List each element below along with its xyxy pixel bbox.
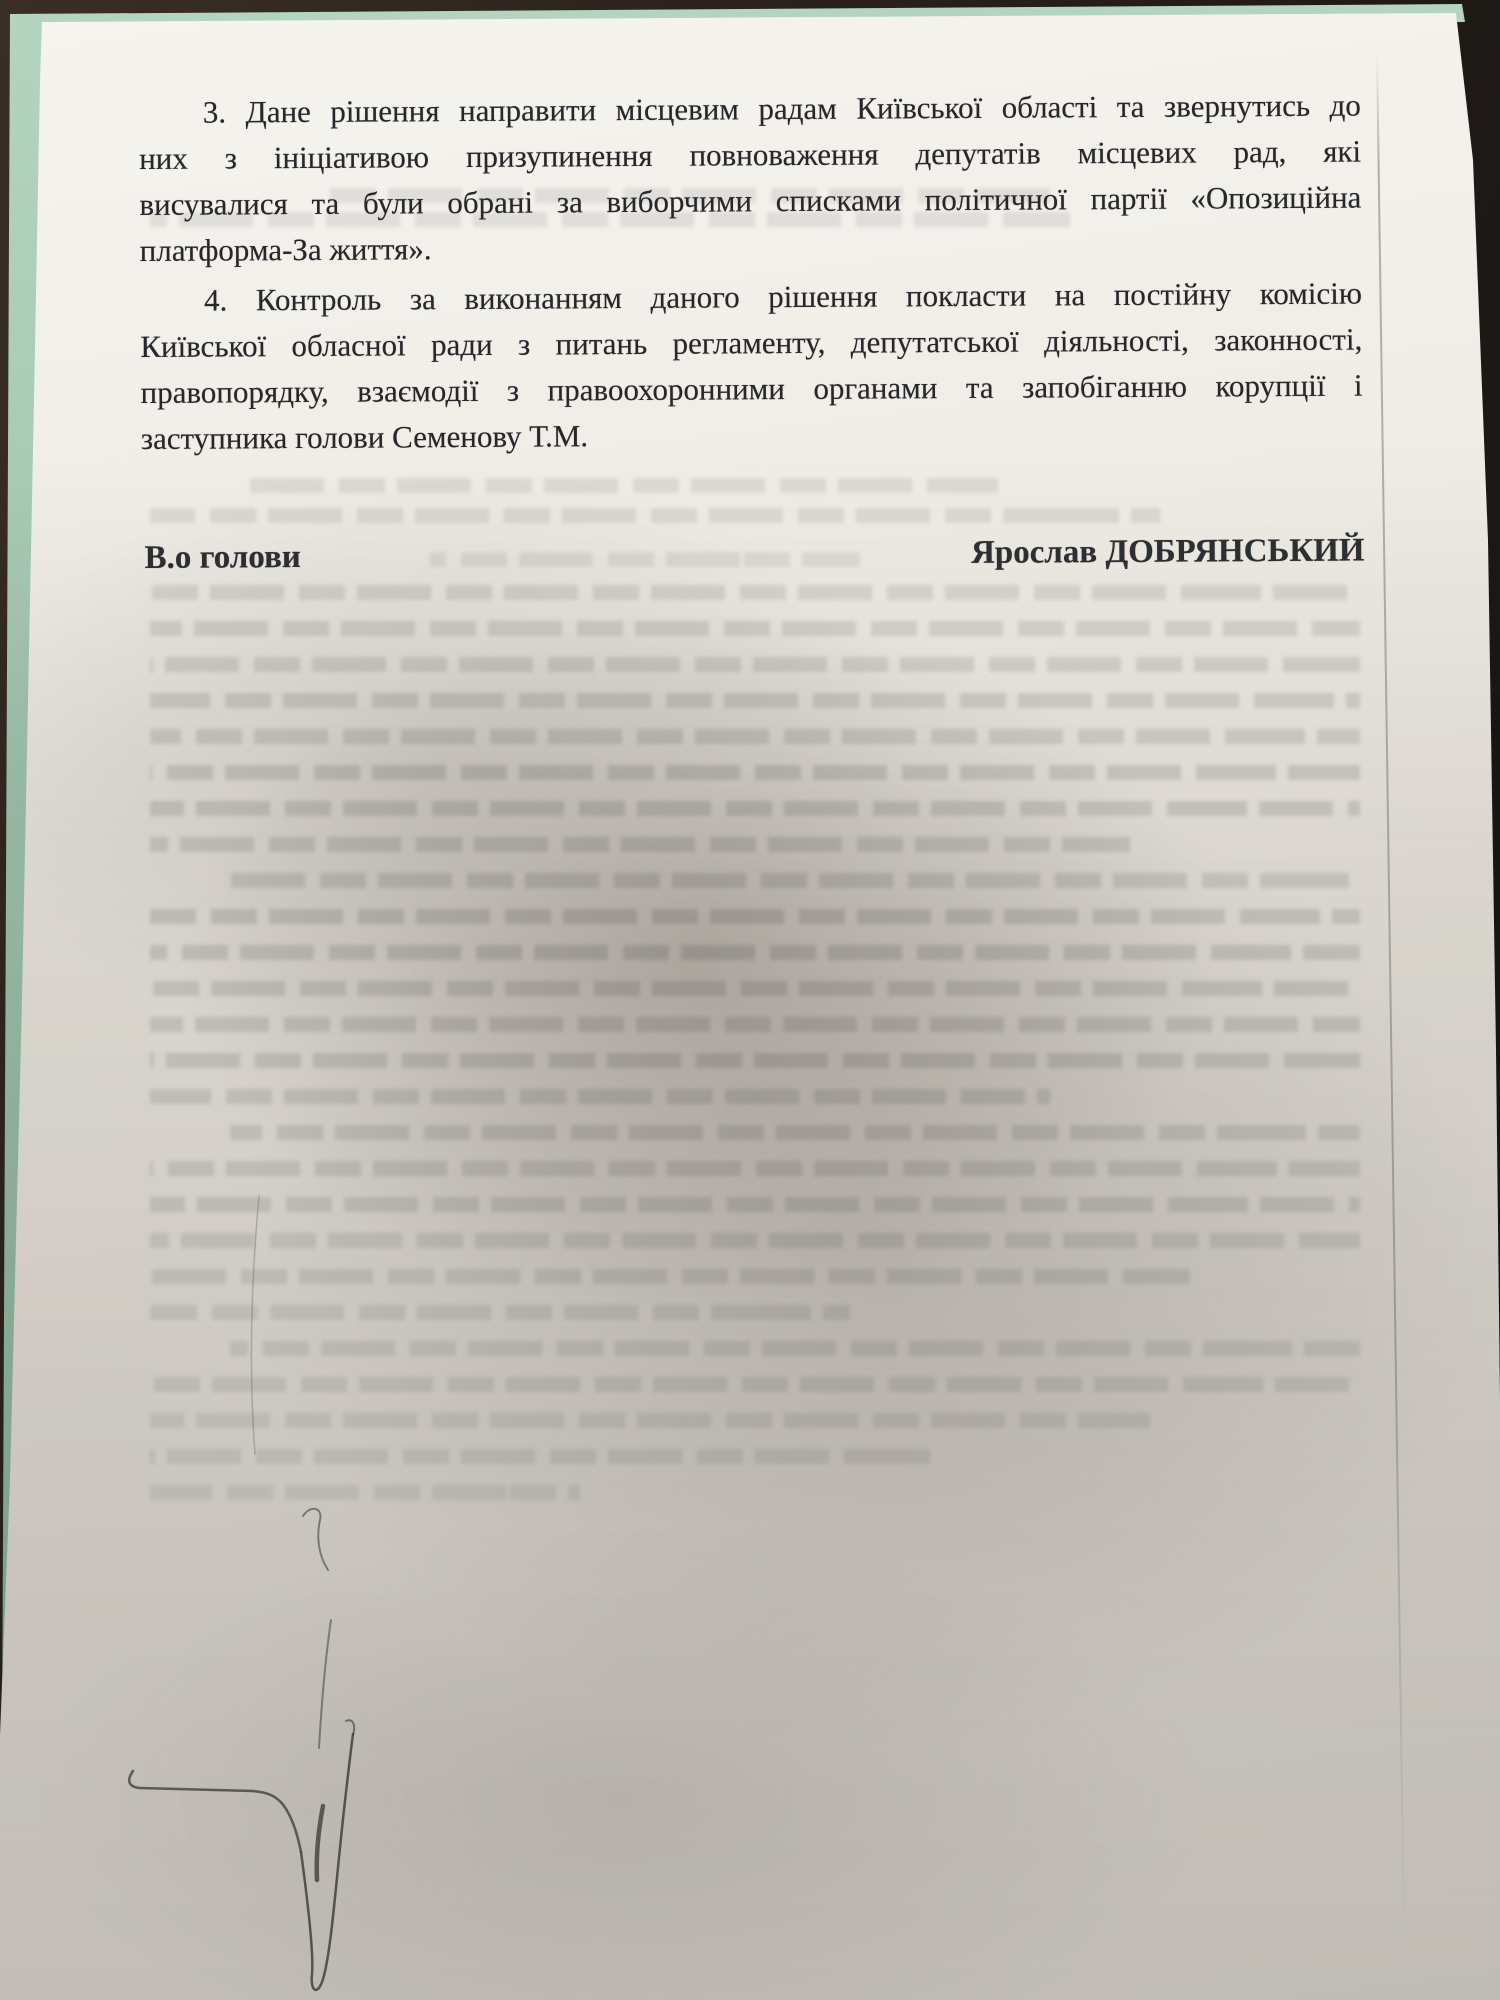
signature-row: В.о голови Ярослав ДОБРЯНСЬКИЙ [144, 533, 1364, 577]
photo-background: 3. Дане рішення направити місцевим радам… [0, 0, 1500, 2000]
text-line: платформа-За життя». [140, 221, 1362, 274]
text-line: 4. Контроль за виконанням даного рішення… [140, 271, 1362, 324]
text-line: висувалися та були обрані за виборчими с… [139, 175, 1361, 228]
paragraph-item-3: 3. Дане рішення направити місцевим радам… [139, 83, 1362, 274]
text-line: Київської обласної ради з питань регламе… [140, 317, 1362, 370]
signer-name: Ярослав ДОБРЯНСЬКИЙ [971, 533, 1365, 572]
text-line: 3. Дане рішення направити місцевим радам… [139, 83, 1361, 136]
paragraph-item-4: 4. Контроль за виконанням даного рішення… [140, 271, 1363, 462]
text-line: них з ініціативою призупинення повноваже… [139, 129, 1361, 182]
signer-role: В.о голови [144, 539, 301, 577]
text-line: правопорядку, взаємодії з правоохоронним… [140, 363, 1362, 416]
text-line: заступника голови Семенову Т.М. [141, 409, 1363, 462]
document-body: 3. Дане рішення направити місцевим радам… [0, 0, 1500, 2000]
